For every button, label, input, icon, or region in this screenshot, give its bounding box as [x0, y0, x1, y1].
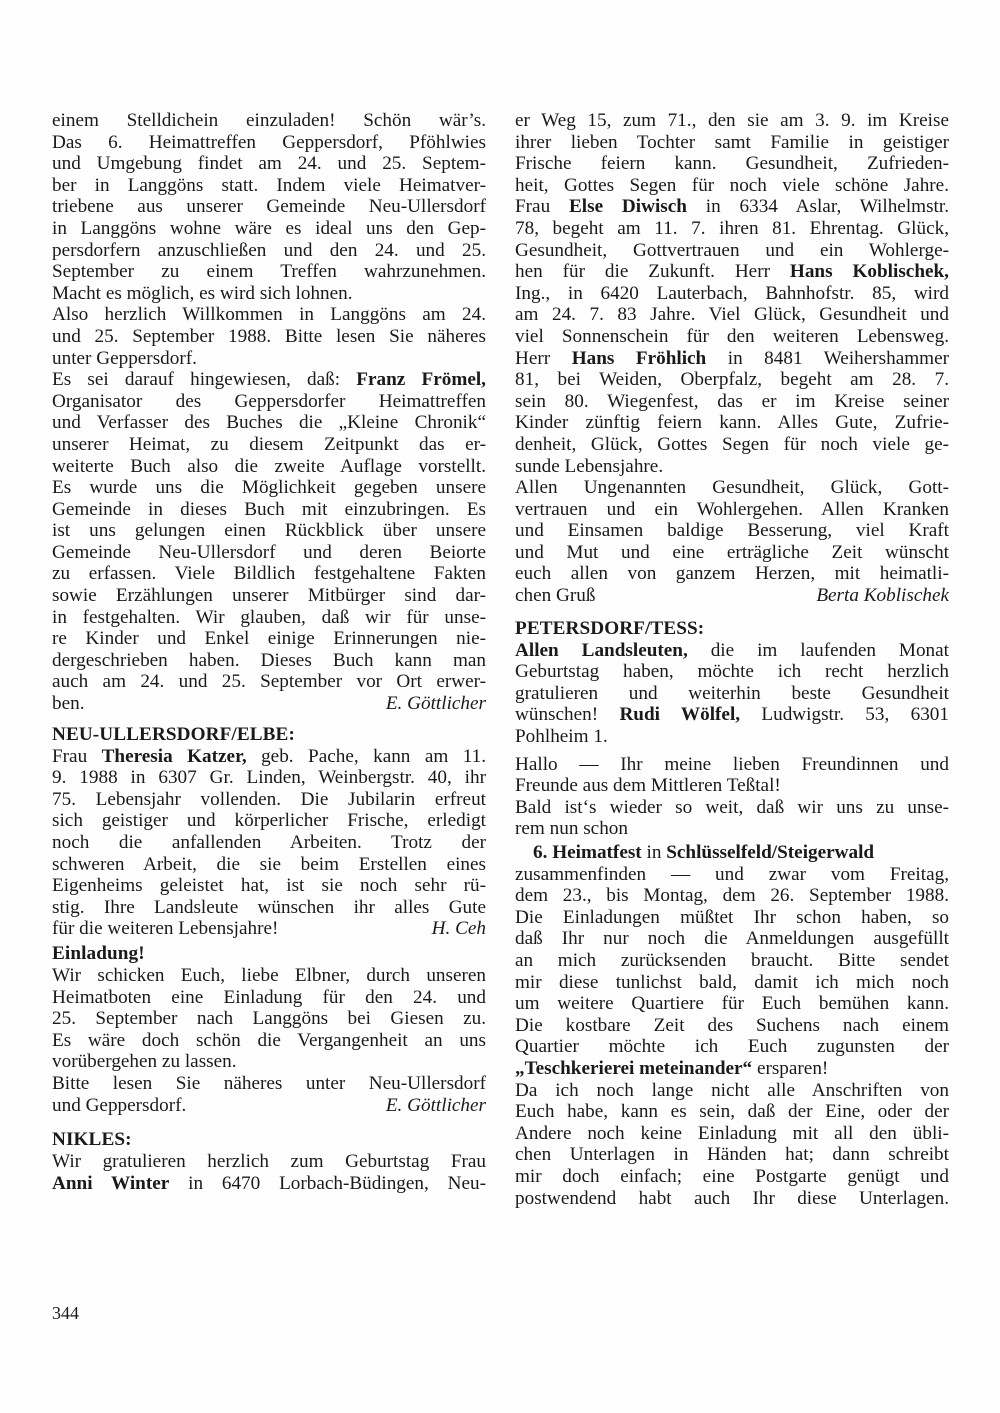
section-heading: NEU-ULLERSDORF/ELBE: — [52, 723, 486, 746]
text-line: und Umgebung findet am 24. und 25. Septe… — [52, 153, 486, 175]
text-line: vertrauen und ein Wohlergehen. Allen Kra… — [515, 499, 949, 521]
text-line: Wir schicken Euch, liebe Elbner, durch u… — [52, 965, 486, 987]
text-line: Andere noch keine Einladung mit all den … — [515, 1123, 949, 1145]
text-line: wünschen! Rudi Wölfel, Ludwigstr. 53, 63… — [515, 704, 949, 726]
text-line: Organisator des Geppersdorfer Heimattref… — [52, 391, 486, 413]
text-line: mir diese tunlichst bald, damit ich mich… — [515, 972, 949, 994]
page-number: 344 — [52, 1303, 79, 1324]
event-place: Schlüsselfeld/Steigerwald — [666, 842, 874, 863]
text-line: rem nun schon — [515, 818, 949, 840]
text-line: Allen Ungenannten Gesundheit, Glück, Got… — [515, 477, 949, 499]
text-span: und Geppersdorf. — [52, 1095, 186, 1117]
section-heading: Einladung! — [52, 942, 486, 965]
text-span: Ludwigstr. 53, 6301 — [740, 704, 949, 725]
text-line: 81, bei Weiden, Oberpfalz, begeht am 28.… — [515, 369, 949, 391]
text-line: Eigenheims geleistet hat, ist sie noch s… — [52, 875, 486, 897]
text-line: chen Unterlagen in Händen hat; dann schr… — [515, 1144, 949, 1166]
document-page: einem Stelldichein einzuladen! Schön wär… — [0, 0, 1000, 1413]
section-nikles: NIKLES: Wir gratulieren herzlich zum Geb… — [52, 1128, 486, 1194]
text-line: und 25. September 1988. Bitte lesen Sie … — [52, 326, 486, 348]
text-line: Frische feiern kann. Gesundheit, Zufried… — [515, 153, 949, 175]
text-line: 75. Lebensjahr vollenden. Die Jubilarin … — [52, 789, 486, 811]
text-line: Gemeinde Neu-Ullersdorf und deren Beiort… — [52, 542, 486, 564]
section-heading: NIKLES: — [52, 1128, 486, 1151]
text-line: Hallo — Ihr meine lieben Freundinnen und — [515, 754, 949, 776]
text-line: er Weg 15, zum 71., den sie am 3. 9. im … — [515, 110, 949, 132]
right-column: er Weg 15, zum 71., den sie am 3. 9. im … — [515, 110, 949, 1209]
text-line: am 24. 7. 83 Jahre. Viel Glück, Gesundhe… — [515, 304, 949, 326]
text-line: September zu einem Treffen wahrzunehmen. — [52, 261, 486, 283]
person-name: Franz Frömel, — [356, 369, 486, 390]
text-line: Also herzlich Willkommen in Langgöns am … — [52, 304, 486, 326]
text-line: 25. September nach Langgöns bei Giesen z… — [52, 1008, 486, 1030]
text-span: hen für die Zukunft. Herr — [515, 261, 790, 282]
text-line: 6. Heimatfest in Schlüsselfeld/Steigerwa… — [515, 842, 949, 864]
text-line: Euch habe, kann es sein, daß der Eine, o… — [515, 1101, 949, 1123]
text-line: Die kostbare Zeit des Suchens nach einem — [515, 1015, 949, 1037]
signature-line: und Geppersdorf.E. Göttlicher — [52, 1095, 486, 1117]
text-line: persdorfern anzuschließen und den 24. un… — [52, 240, 486, 262]
text-line: Da ich noch lange nicht alle Anschriften… — [515, 1080, 949, 1102]
signature-line: für die weiteren Lebensjahre!H. Ceh — [52, 918, 486, 940]
text-span: für die weiteren Lebensjahre! — [52, 918, 278, 940]
text-line: und Mut und eine erträgliche Zeit wünsch… — [515, 542, 949, 564]
text-line: ihrer lieben Tochter samt Familie in gei… — [515, 132, 949, 154]
text-line: 78, begeht am 11. 7. ihren 81. Ehrentag.… — [515, 218, 949, 240]
text-line: Frau Theresia Katzer, geb. Pache, kann a… — [52, 746, 486, 768]
text-line: Freunde aus dem Mittleren Teßtal! — [515, 775, 949, 797]
person-name: Anni Winter — [52, 1173, 169, 1194]
text-line: Bald ist‘s wieder so weit, daß wir uns z… — [515, 797, 949, 819]
text-line: Frau Else Diwisch in 6334 Aslar, Wilhelm… — [515, 196, 949, 218]
text-span: Frau — [52, 746, 102, 767]
text-line: euch allen von ganzem Herzen, mit heimat… — [515, 563, 949, 585]
section-neu-ullersdorf: NEU-ULLERSDORF/ELBE: Frau Theresia Katze… — [52, 723, 486, 940]
text-line: daß Ihr nur noch die Anmeldungen ausgefü… — [515, 928, 949, 950]
text-line: Macht es möglich, es wird sich lohnen. — [52, 283, 486, 305]
text-line: Pohlheim 1. — [515, 726, 949, 748]
text-line: sich geistiger und körperlicher Frische,… — [52, 810, 486, 832]
person-name: Hans Koblischek, — [790, 261, 949, 282]
text-line: Gesundheit, Gottvertrauen und ein Wohler… — [515, 240, 949, 262]
text-line: Heimatboten eine Einladung für den 24. u… — [52, 987, 486, 1009]
text-line: einem Stelldichein einzuladen! Schön wär… — [52, 110, 486, 132]
book-paragraph: Es sei darauf hingewiesen, daß: Franz Fr… — [52, 369, 486, 715]
text-line: in Langgöns wohne wäre es ideal uns den … — [52, 218, 486, 240]
text-line: Allen Landsleuten, die im laufenden Mona… — [515, 640, 949, 662]
greetings-paragraph: Allen Ungenannten Gesundheit, Glück, Got… — [515, 477, 949, 607]
event-title: 6. Heimatfest — [533, 842, 642, 863]
text-line: an mich zurücksenden braucht. Bitte send… — [515, 950, 949, 972]
text-line: viel Sonnenschein für den weiteren Leben… — [515, 326, 949, 348]
text-line: ist uns gelungen einen Rückblick über un… — [52, 520, 486, 542]
text-line: hen für die Zukunft. Herr Hans Koblische… — [515, 261, 949, 283]
text-line: unter Geppersdorf. — [52, 348, 486, 370]
signature: E. Göttlicher — [386, 693, 486, 715]
text-span: in 8481 Weihershammer — [706, 348, 949, 369]
text-line: zusammenfinden — und zwar vom Freitag, — [515, 864, 949, 886]
section-einladung: Einladung! Wir schicken Euch, liebe Elbn… — [52, 942, 486, 1116]
text-line: noch die anfallenden Arbeiten. Trotz der — [52, 832, 486, 854]
text-line: Ing., in 6420 Lauterbach, Bahnhofstr. 85… — [515, 283, 949, 305]
person-name: Rudi Wölfel, — [619, 704, 740, 725]
signature: Berta Koblischek — [816, 585, 949, 607]
text-span: geb. Pache, kann am 11. — [247, 746, 486, 767]
person-name: Hans Fröhlich — [572, 348, 707, 369]
text-line: heit, Gottes Segen für noch viele schöne… — [515, 175, 949, 197]
text-line: Es sei darauf hingewiesen, daß: Franz Fr… — [52, 369, 486, 391]
text-line: denheit, Glück, Gottes Segen für noch vi… — [515, 434, 949, 456]
text-line: Kinder zünftig feiern kann. Alles Gute, … — [515, 412, 949, 434]
text-line: stig. Ihre Landsleute wünschen ihr alles… — [52, 897, 486, 919]
text-line: Das 6. Heimattreffen Geppersdorf, Pföhlw… — [52, 132, 486, 154]
text-line: und Einsamen baldige Besserung, viel Kra… — [515, 520, 949, 542]
text-span: ersparen! — [752, 1058, 828, 1079]
text-line: Quartier möchte ich Euch zugunsten der — [515, 1036, 949, 1058]
text-line: mir doch einfach; eine Postgarte genügt … — [515, 1166, 949, 1188]
text-line: und Verfasser des Buches die „Kleine Chr… — [52, 412, 486, 434]
text-line: unserer Heimat, zu diesem Zeitpunkt das … — [52, 434, 486, 456]
text-line: Die Einladungen müßtet Ihr schon haben, … — [515, 907, 949, 929]
text-line: Es wurde uns die Möglichkeit gegeben uns… — [52, 477, 486, 499]
text-span: wünschen! — [515, 704, 619, 725]
text-line: Wir gratulieren herzlich zum Geburtstag … — [52, 1151, 486, 1173]
section-petersdorf: PETERSDORF/TESS: Allen Landsleuten, die … — [515, 617, 949, 1209]
continuation-paragraph: er Weg 15, zum 71., den sie am 3. 9. im … — [515, 110, 949, 477]
text-span: in 6470 Lorbach-Büdingen, Neu- — [169, 1173, 486, 1194]
text-line: schweren Arbeit, die sie beim Erstellen … — [52, 854, 486, 876]
text-span: chen Gruß — [515, 585, 595, 607]
intro-paragraph: einem Stelldichein einzuladen! Schön wär… — [52, 110, 486, 369]
text-span: in — [642, 842, 667, 863]
signature-line: chen GrußBerta Koblischek — [515, 585, 949, 607]
text-line: „Teschkerierei meteinander“ ersparen! — [515, 1058, 949, 1080]
text-line: in festgehalten. Wir glauben, daß wir fü… — [52, 607, 486, 629]
text-span: die im laufenden Monat — [688, 640, 949, 661]
text-line: gratulieren und weiterhin beste Gesundhe… — [515, 683, 949, 705]
section-heading: PETERSDORF/TESS: — [515, 617, 949, 640]
text-span: in 6334 Aslar, Wilhelmstr. — [687, 196, 949, 217]
person-name: Else Diwisch — [569, 196, 687, 217]
text-line: re Kinder und Enkel einige Erinnerungen … — [52, 628, 486, 650]
quote-bold: „Teschkerierei meteinander“ — [515, 1058, 752, 1079]
text-line: ber in Langgöns statt. Indem viele Heima… — [52, 175, 486, 197]
text-line: triebene aus unserer Gemeinde Neu-Ullers… — [52, 196, 486, 218]
person-name: Theresia Katzer, — [102, 746, 247, 767]
text-line: postwendend habt auch Ihr diese Unterlag… — [515, 1188, 949, 1210]
text-span: Herr — [515, 348, 572, 369]
text-line: vorübergehen zu lassen. — [52, 1051, 486, 1073]
text-line: Anni Winter in 6470 Lorbach-Büdingen, Ne… — [52, 1173, 486, 1195]
text-line: sein 80. Wiegenfest, das er im Kreise se… — [515, 391, 949, 413]
text-line: zu erfassen. Viele Bildlich festgehalten… — [52, 563, 486, 585]
text-span: Frau — [515, 196, 569, 217]
text-line: 9. 1988 in 6307 Gr. Linden, Weinbergstr.… — [52, 767, 486, 789]
text-span: ben. — [52, 693, 85, 715]
text-line: auch am 24. und 25. September vor Ort er… — [52, 671, 486, 693]
text-line: Herr Hans Fröhlich in 8481 Weihershammer — [515, 348, 949, 370]
text-line: weiterte Buch also die zweite Auflage vo… — [52, 456, 486, 478]
text-line: Geburtstag haben, möchte ich recht herzl… — [515, 661, 949, 683]
text-span: Es sei darauf hingewiesen, daß: — [52, 369, 356, 390]
text-line: sunde Lebensjahre. — [515, 456, 949, 478]
left-column: einem Stelldichein einzuladen! Schön wär… — [52, 110, 486, 1194]
signature-line: ben.E. Göttlicher — [52, 693, 486, 715]
greeting-bold: Allen Landsleuten, — [515, 640, 688, 661]
signature: E. Göttlicher — [386, 1095, 486, 1117]
text-line: Es wäre doch schön die Vergangenheit an … — [52, 1030, 486, 1052]
text-line: um weitere Quartiere für Euch bemühen ka… — [515, 993, 949, 1015]
text-line: dem 23., bis Montag, dem 26. September 1… — [515, 885, 949, 907]
signature: H. Ceh — [432, 918, 486, 940]
text-line: dergeschrieben haben. Dieses Buch kann m… — [52, 650, 486, 672]
text-line: sowie Erzählungen unserer Mitbürger sind… — [52, 585, 486, 607]
text-line: Gemeinde in dieses Buch mit einzubringen… — [52, 499, 486, 521]
text-line: Bitte lesen Sie näheres unter Neu-Ullers… — [52, 1073, 486, 1095]
